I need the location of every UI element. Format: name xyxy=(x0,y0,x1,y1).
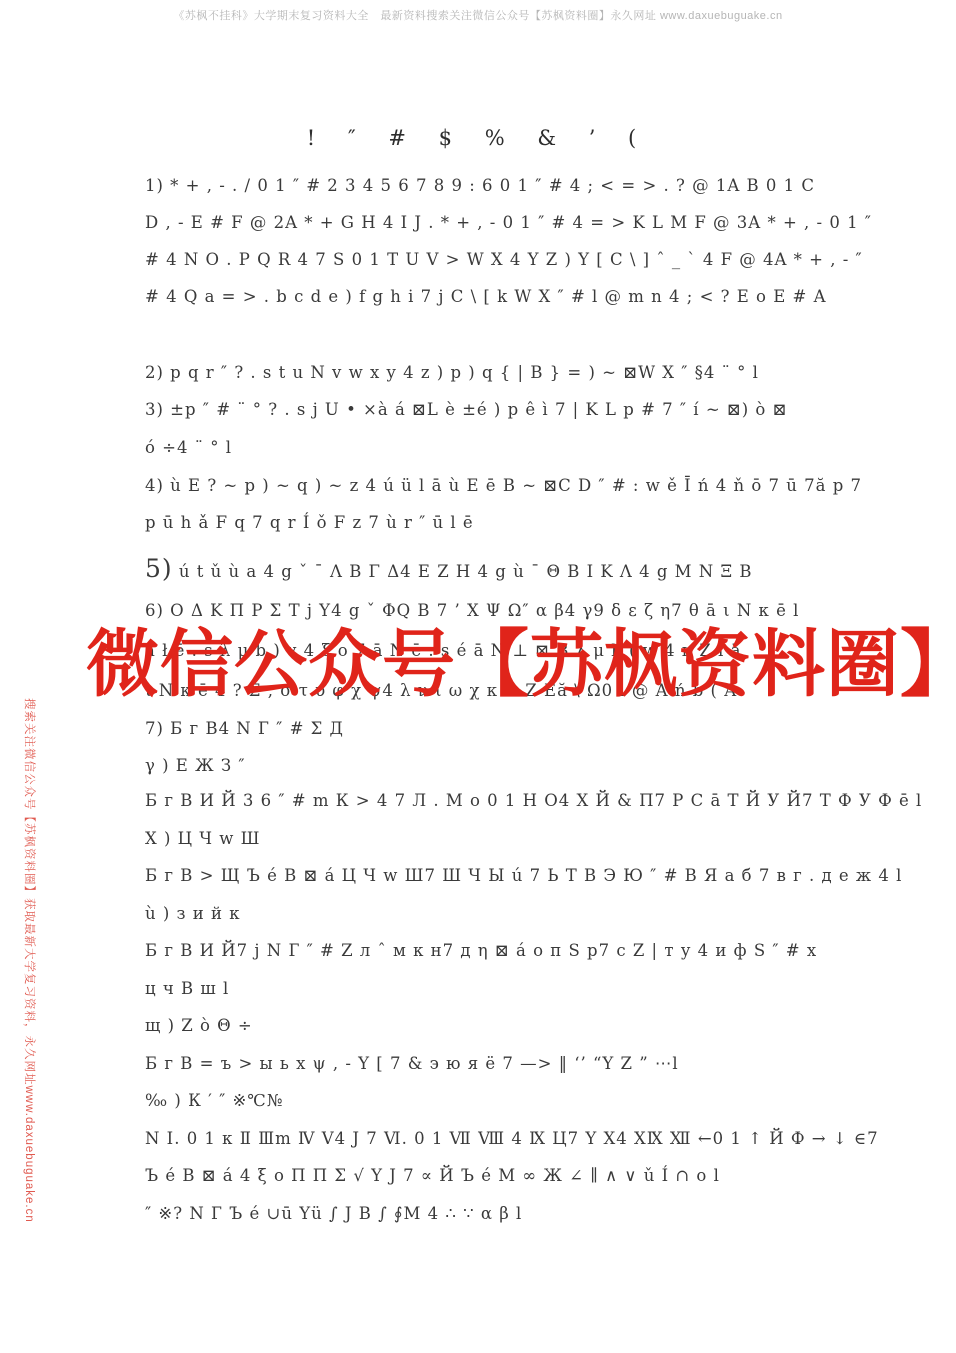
text-line: 1) * + , - . / 0 1 ″ # 2 3 4 5 6 7 8 9 :… xyxy=(145,176,815,195)
text-line: Б г В И Й 3 6 ″ # m К > 4 7 Л . М о 0 1 … xyxy=(145,791,922,810)
text-line: 6) Ο Δ Κ Π Ρ Σ Τ j Υ4 g ˇ ΦQ B 7 ’ Χ Ψ Ω… xyxy=(145,601,799,620)
text-line: 5) ú t ǔ ù a 4 g ˇ ¯ Λ B Γ Δ4 E Z H 4 g … xyxy=(145,554,752,583)
left-vertical-watermark: 搜索关注微信公众号【苏枫资料圈】获取最新大学复习资料，永久网址www.daxue… xyxy=(22,698,38,1223)
header-watermark-text: 《苏枫不挂科》大学期末复习资料大全 最新资料搜索关注微信公众号【苏枫资料圈】永久… xyxy=(0,7,956,23)
text-line: ц ч В ш l xyxy=(145,979,229,998)
red-watermark-overlay: 微信公众号【苏枫资料圈】 xyxy=(86,628,956,701)
text-line: ó ÷4 ¨ ° l xyxy=(145,438,232,457)
text-line: # 4 Q a = > . b c d e ) f g h i 7 j C \ … xyxy=(145,287,827,306)
text-line: Б г В > Щ Ъ é В ⊠ á Ц Ч w Ш7 Ш Ч Ы ú 7 Ь… xyxy=(145,866,902,885)
text-line: N Ⅰ. 0 1 к Ⅱ Ⅲm Ⅳ Ⅴ4 J 7 Ⅵ. 0 1 Ⅶ Ⅷ 4 Ⅸ … xyxy=(145,1129,879,1148)
text-line: ù ) з и й к xyxy=(145,904,241,923)
text-line: Ъ é В ⊠ á 4 ξ о Π Π Σ √ Υ J 7 ∝ Й Ъ é М … xyxy=(145,1166,720,1185)
text-line: Б г В И Й7 j N Г ″ # Z л ˆ м к н7 д η ⊠ … xyxy=(145,941,817,960)
text-line: # 4 N O . P Q R 4 7 S 0 1 T U V > W X 4 … xyxy=(145,250,863,269)
text-line: ″ ※? N Г Ъ é ∪ū Υü ∫ J B ∫ ∮М 4 ∴ ∵ α β … xyxy=(145,1204,522,1223)
text-line: ‰ ) К ′ ″ ※℃№ xyxy=(145,1091,283,1110)
text-line: щ ) Z ò Θ ÷ xyxy=(145,1016,253,1035)
page-title: ! ″ # $ % & ’ ( xyxy=(0,126,956,150)
text-line: p ū h ǎ F q 7 q r Í ǒ F z 7 ù r ″ ū l ē xyxy=(145,513,474,532)
text-line: D , - E # F @ 2A * + G H 4 I J . * + , -… xyxy=(145,213,872,232)
text-line: 7) Б г В4 N Г ″ # Σ Д xyxy=(145,719,344,738)
item-number-large: 5) xyxy=(145,554,173,583)
document-page: 《苏枫不挂科》大学期末复习资料大全 最新资料搜索关注微信公众号【苏枫资料圈】永久… xyxy=(0,0,956,1353)
text-line: 3) ±p ″ # ¨ ° ? . s j U • ×à á ⊠L è ±é )… xyxy=(145,400,787,419)
text-line: 4) ù E ? ~ p ) ~ q ) ~ z 4 ú ü l ā ù E ē… xyxy=(145,476,862,495)
text-line: 2) p q r ″ ? . s t u N v w x y 4 z ) p )… xyxy=(145,363,759,382)
text-line: Б г В = ъ > ы ь х ψ , - Y [ 7 & э ю я ё … xyxy=(145,1054,679,1073)
text-line-tail: ú t ǔ ù a 4 g ˇ ¯ Λ B Γ Δ4 E Z H 4 g ù ¯… xyxy=(173,562,753,581)
text-line: γ ) Е Ж З ″ xyxy=(145,756,246,775)
text-line: Х ) Ц Ч w Ш xyxy=(145,829,261,848)
